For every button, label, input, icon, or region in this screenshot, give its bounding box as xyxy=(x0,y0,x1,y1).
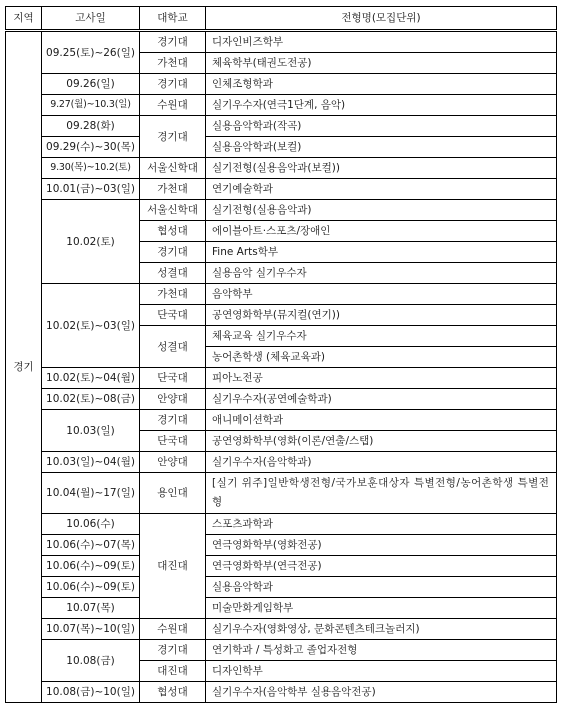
table-row: 9.30(목)~10.2(토) 서울신학대 실기전형(실용음악과(보컬)) xyxy=(6,158,557,179)
univ-cell: 경기대 xyxy=(140,31,206,53)
date-cell: 10.06(수)~09(토) xyxy=(42,577,140,598)
date-cell: 10.02(토)~04(월) xyxy=(42,368,140,389)
date-cell: 10.02(토)~08(금) xyxy=(42,389,140,410)
exam-schedule-table: 지역 고사일 대학교 전형명(모집단위) 경기 09.25(토)~26(일) 경… xyxy=(5,6,557,703)
date-cell: 10.06(수)~07(목) xyxy=(42,535,140,556)
univ-cell: 단국대 xyxy=(140,431,206,452)
program-cell: 에이블아트·스포츠/장애인 xyxy=(206,221,557,242)
program-cell: 실기전형(실용음악과(보컬)) xyxy=(206,158,557,179)
univ-cell: 안양대 xyxy=(140,452,206,473)
date-cell: 9.27(월)~10.3(일) xyxy=(42,95,140,116)
program-cell: 인체조형학과 xyxy=(206,74,557,95)
date-cell: 10.06(수) xyxy=(42,514,140,535)
program-cell: 공연영화학부(영화(이론/연출/스탭) xyxy=(206,431,557,452)
univ-cell: 수원대 xyxy=(140,95,206,116)
table-row: 경기 09.25(토)~26(일) 경기대 디자인비즈학부 xyxy=(6,31,557,53)
univ-cell: 가천대 xyxy=(140,284,206,305)
program-cell: Fine Arts학부 xyxy=(206,242,557,263)
program-cell: 실기우수자(음악학과) xyxy=(206,452,557,473)
date-cell: 09.25(토)~26(일) xyxy=(42,31,140,74)
program-cell: 연기예술학과 xyxy=(206,179,557,200)
table-row: 09.29(수)~30(목) 실용음악학과(보컬) xyxy=(6,137,557,158)
program-cell: 음악학부 xyxy=(206,284,557,305)
univ-cell: 협성대 xyxy=(140,682,206,703)
table-row: 10.07(목)~10(일) 수원대 실기우수자(영화영상, 문화콘텐츠테크놀러… xyxy=(6,619,557,640)
table-row: 10.03(일) 경기대 애니메이션학과 xyxy=(6,410,557,431)
header-exam-date: 고사일 xyxy=(42,7,140,31)
date-cell: 10.03(일) xyxy=(42,410,140,452)
region-cell: 경기 xyxy=(6,31,42,703)
date-cell: 10.03(일)~04(월) xyxy=(42,452,140,473)
program-cell: 체육교육 실기우수자 xyxy=(206,326,557,347)
univ-cell: 성결대 xyxy=(140,326,206,368)
program-cell: 연극영화학부(영화전공) xyxy=(206,535,557,556)
program-cell: 미술만화게임학부 xyxy=(206,598,557,619)
univ-cell: 가천대 xyxy=(140,53,206,74)
program-cell: 애니메이션학과 xyxy=(206,410,557,431)
program-cell: 연기학과 / 특성화고 졸업자전형 xyxy=(206,640,557,661)
program-cell: [실기 위주]일반학생전형/국가보훈대상자 특별전형/농어촌학생 특별전형 xyxy=(206,473,557,514)
header-region: 지역 xyxy=(6,7,42,31)
univ-cell: 서울신학대 xyxy=(140,158,206,179)
date-cell: 10.01(금)~03(일) xyxy=(42,179,140,200)
program-cell: 디자인학부 xyxy=(206,661,557,682)
univ-cell: 성결대 xyxy=(140,263,206,284)
date-cell: 10.08(금) xyxy=(42,640,140,682)
table-row: 10.06(수)~09(토) 연극영화학부(연극전공) xyxy=(6,556,557,577)
univ-cell: 용인대 xyxy=(140,473,206,514)
date-cell: 09.29(수)~30(목) xyxy=(42,137,140,158)
univ-cell: 경기대 xyxy=(140,74,206,95)
date-cell: 09.28(화) xyxy=(42,116,140,137)
table-row: 10.06(수)~07(목) 연극영화학부(영화전공) xyxy=(6,535,557,556)
univ-cell: 단국대 xyxy=(140,305,206,326)
date-cell: 10.08(금)~10(일) xyxy=(42,682,140,703)
table-row: 10.06(수)~09(토) 실용음악학과 xyxy=(6,577,557,598)
date-cell: 10.06(수)~09(토) xyxy=(42,556,140,577)
table-row: 09.26(일) 경기대 인체조형학과 xyxy=(6,74,557,95)
date-cell: 10.02(토) xyxy=(42,200,140,284)
program-cell: 실용음악학과(보컬) xyxy=(206,137,557,158)
program-cell: 실기우수자(영화영상, 문화콘텐츠테크놀러지) xyxy=(206,619,557,640)
table-row: 10.06(수) 대진대 스포츠과학과 xyxy=(6,514,557,535)
program-cell: 실용음악학과 xyxy=(206,577,557,598)
table-row: 9.27(월)~10.3(일) 수원대 실기우수자(연극1단계, 음악) xyxy=(6,95,557,116)
header-university: 대학교 xyxy=(140,7,206,31)
program-cell: 실기우수자(음악학부 실용음악전공) xyxy=(206,682,557,703)
table-row: 10.04(월)~17(일) 용인대 [실기 위주]일반학생전형/국가보훈대상자… xyxy=(6,473,557,514)
univ-cell: 가천대 xyxy=(140,179,206,200)
program-cell: 실기전형(실용음악과) xyxy=(206,200,557,221)
table-row: 10.03(일)~04(월) 안양대 실기우수자(음악학과) xyxy=(6,452,557,473)
univ-cell: 경기대 xyxy=(140,640,206,661)
univ-cell: 협성대 xyxy=(140,221,206,242)
program-cell: 체육학부(태권도전공) xyxy=(206,53,557,74)
date-cell: 09.26(일) xyxy=(42,74,140,95)
table-row: 10.02(토) 서울신학대 실기전형(실용음악과) xyxy=(6,200,557,221)
table-row: 10.02(토)~04(월) 단국대 피아노전공 xyxy=(6,368,557,389)
table-row: 10.02(토)~08(금) 안양대 실기우수자(공연예술학과) xyxy=(6,389,557,410)
date-cell: 10.07(목) xyxy=(42,598,140,619)
table-row: 09.28(화) 경기대 실용음악학과(작곡) xyxy=(6,116,557,137)
univ-cell: 경기대 xyxy=(140,242,206,263)
program-cell: 실용음악학과(작곡) xyxy=(206,116,557,137)
univ-cell: 단국대 xyxy=(140,368,206,389)
univ-cell: 대진대 xyxy=(140,661,206,682)
table-row: 10.08(금)~10(일) 협성대 실기우수자(음악학부 실용음악전공) xyxy=(6,682,557,703)
table-row: 10.07(목) 미술만화게임학부 xyxy=(6,598,557,619)
program-cell: 실기우수자(공연예술학과) xyxy=(206,389,557,410)
univ-cell: 대진대 xyxy=(140,514,206,619)
program-cell: 디자인비즈학부 xyxy=(206,31,557,53)
program-cell: 피아노전공 xyxy=(206,368,557,389)
program-cell: 실기우수자(연극1단계, 음악) xyxy=(206,95,557,116)
program-cell: 농어촌학생 (체육교육과) xyxy=(206,347,557,368)
univ-cell: 수원대 xyxy=(140,619,206,640)
program-cell: 스포츠과학과 xyxy=(206,514,557,535)
date-cell: 10.02(토)~03(일) xyxy=(42,284,140,368)
univ-cell: 안양대 xyxy=(140,389,206,410)
header-row: 지역 고사일 대학교 전형명(모집단위) xyxy=(6,7,557,31)
program-cell: 공연영화학부(뮤지컬(연기)) xyxy=(206,305,557,326)
univ-cell: 경기대 xyxy=(140,410,206,431)
date-cell: 9.30(목)~10.2(토) xyxy=(42,158,140,179)
program-cell: 실용음악 실기우수자 xyxy=(206,263,557,284)
table-row: 10.08(금) 경기대 연기학과 / 특성화고 졸업자전형 xyxy=(6,640,557,661)
univ-cell: 서울신학대 xyxy=(140,200,206,221)
header-program: 전형명(모집단위) xyxy=(206,7,557,31)
table-row: 10.02(토)~03(일) 가천대 음악학부 xyxy=(6,284,557,305)
date-cell: 10.04(월)~17(일) xyxy=(42,473,140,514)
date-cell: 10.07(목)~10(일) xyxy=(42,619,140,640)
program-cell: 연극영화학부(연극전공) xyxy=(206,556,557,577)
univ-cell: 경기대 xyxy=(140,116,206,158)
table-row: 10.01(금)~03(일) 가천대 연기예술학과 xyxy=(6,179,557,200)
